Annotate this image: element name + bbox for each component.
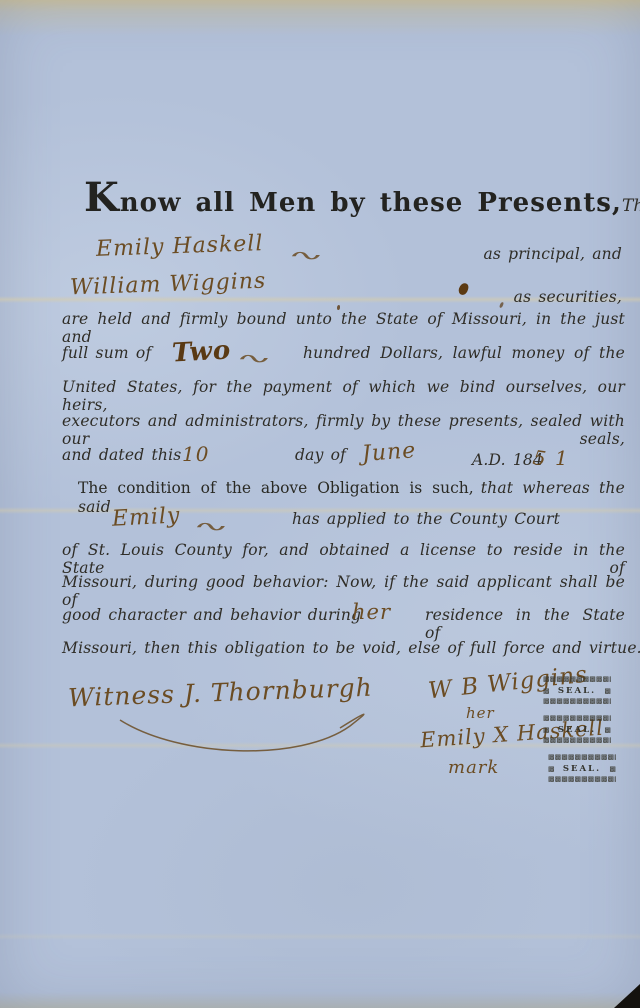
pronoun-handwritten: her xyxy=(352,600,391,624)
heading-trailing: That We. xyxy=(622,196,640,216)
seal-3-label: SEAL. xyxy=(563,765,601,774)
applicant-name-handwritten: Emily xyxy=(111,503,181,532)
securities-label: as securities, xyxy=(514,288,622,306)
principal-label: as principal, and xyxy=(483,245,622,263)
flourish-sum: ∿ xyxy=(248,346,260,365)
her-label-handwritten: her xyxy=(466,704,495,722)
scan-corner-shadow xyxy=(614,984,640,1008)
date-era-digit: 45 xyxy=(533,451,543,469)
principal-name-handwritten: Emily Haskell xyxy=(96,231,264,262)
document-heading: Know all Men by these Presents, That We. xyxy=(84,188,584,218)
date-pre: and dated this xyxy=(62,446,181,464)
date-overwrite-handwritten: 5 xyxy=(531,445,548,471)
fold-line xyxy=(0,933,640,940)
ink-speck xyxy=(499,302,504,309)
sum-pre: full sum of xyxy=(62,344,151,362)
ink-blot xyxy=(458,282,470,296)
seal-3: ▩▩▩▩▩▩▩▩▩▩▩ ▩ SEAL. ▩ ▩▩▩▩▩▩▩▩▩▩▩ xyxy=(548,754,616,784)
condition-line-4: Missouri, during good behavior: Now, if … xyxy=(62,573,625,609)
seal-2: ▩▩▩▩▩▩▩▩▩▩▩ ▩ SEAL. ▩ ▩▩▩▩▩▩▩▩▩▩▩ xyxy=(543,715,611,745)
condition-line-3: of St. Louis County for, and obtained a … xyxy=(62,541,625,577)
condition-line5-pre: good character and behavior during xyxy=(62,606,361,624)
sum-value-handwritten: Two xyxy=(171,335,232,368)
mark-label-handwritten: mark xyxy=(448,757,499,778)
condition-line5-post: residence in the State of xyxy=(425,606,625,642)
flourish-principal: ∿ xyxy=(300,243,312,262)
seal-1-label: SEAL. xyxy=(558,687,596,696)
date-day-handwritten: 10 xyxy=(182,442,209,466)
seal-1: ▩▩▩▩▩▩▩▩▩▩▩ ▩ SEAL. ▩ ▩▩▩▩▩▩▩▩▩▩▩ xyxy=(543,676,611,706)
condition-applied: has applied to the County Court xyxy=(292,510,560,528)
condition-lead: The condition of the above Obligation is… xyxy=(78,479,474,497)
body-line-1: are held and firmly bound unto the State… xyxy=(62,310,625,346)
seal-2-label: SEAL. xyxy=(558,726,596,735)
document-scan: Know all Men by these Presents, That We.… xyxy=(0,0,640,1008)
date-year-last-handwritten: 1 xyxy=(555,446,569,470)
body-line-4: executors and administrators, firmly by … xyxy=(62,412,625,448)
date-mid: day of xyxy=(295,446,346,464)
date-month-handwritten: June xyxy=(361,438,417,467)
heading-main: Know all Men by these Presents, xyxy=(84,188,622,218)
date-year: A.D. 18451 xyxy=(472,446,569,470)
sum-post: hundred Dollars, lawful money of the xyxy=(303,344,625,362)
body-line-3: United States, for the payment of which … xyxy=(62,378,625,414)
condition-line-6: Missouri, then this obligation to be voi… xyxy=(62,639,640,657)
witness-flourish xyxy=(110,706,390,766)
flourish-applicant: ∿ xyxy=(205,514,217,533)
date-era-print: A.D. 18 xyxy=(472,451,533,469)
